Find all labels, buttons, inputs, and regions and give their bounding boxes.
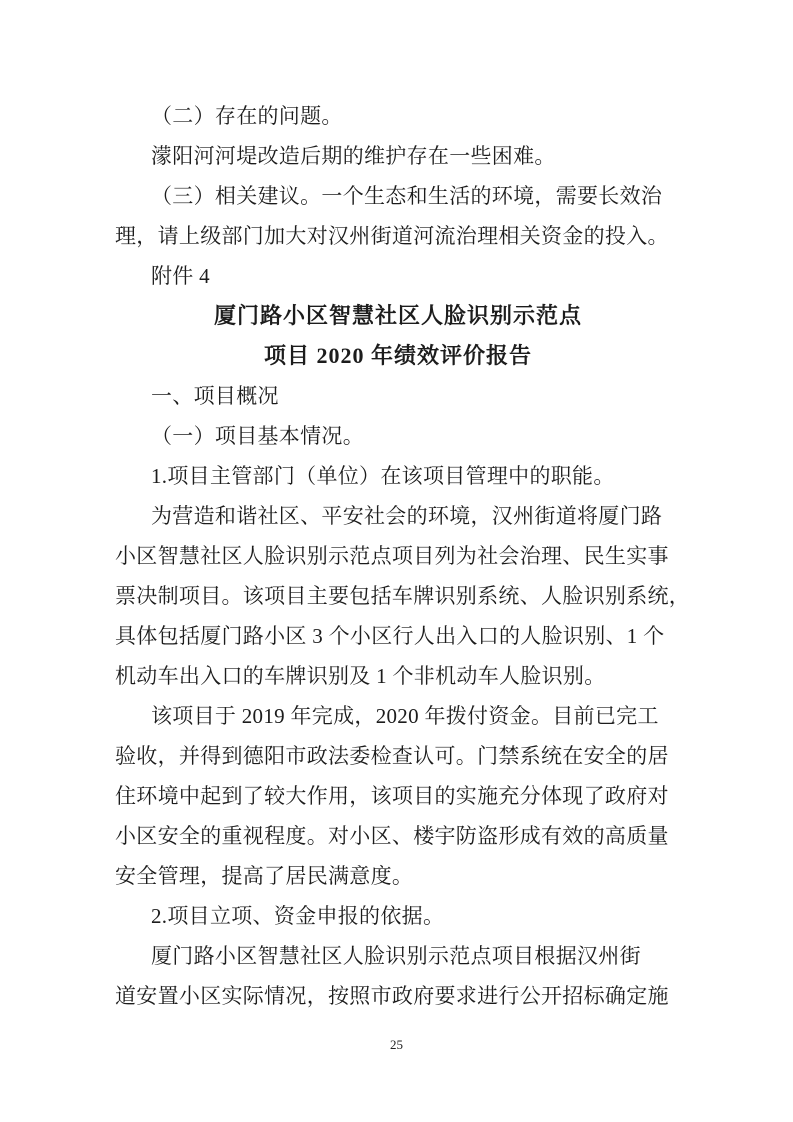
document-line: （一）项目基本情况。 bbox=[115, 416, 681, 456]
document-title-line: 厦门路小区智慧社区人脸识别示范点 bbox=[115, 296, 681, 336]
document-line: 一、项目概况 bbox=[115, 376, 681, 416]
document-content: （二）存在的问题。濛阳河河堤改造后期的维护存在一些困难。（三）相关建议。一个生态… bbox=[115, 96, 681, 1016]
document-line: 附件 4 bbox=[115, 256, 681, 296]
document-line: 厦门路小区智慧社区人脸识别示范点项目根据汉州街 bbox=[115, 936, 681, 976]
document-page: （二）存在的问题。濛阳河河堤改造后期的维护存在一些困难。（三）相关建议。一个生态… bbox=[0, 0, 793, 1122]
document-line: 1.项目主管部门（单位）在该项目管理中的职能。 bbox=[115, 456, 681, 496]
document-line: 2.项目立项、资金申报的依据。 bbox=[115, 896, 681, 936]
document-line: 验收，并得到德阳市政法委检查认可。门禁系统在安全的居 bbox=[115, 736, 681, 776]
document-line: 安全管理，提高了居民满意度。 bbox=[115, 856, 681, 896]
document-line: （三）相关建议。一个生态和生活的环境，需要长效治 bbox=[115, 176, 681, 216]
document-line: 小区安全的重视程度。对小区、楼宇防盗形成有效的高质量 bbox=[115, 816, 681, 856]
document-line: 道安置小区实际情况，按照市政府要求进行公开招标确定施 bbox=[115, 976, 681, 1016]
document-line: 濛阳河河堤改造后期的维护存在一些困难。 bbox=[115, 136, 681, 176]
document-line: 理，请上级部门加大对汉州街道河流治理相关资金的投入。 bbox=[115, 216, 681, 256]
document-line: 具体包括厦门路小区 3 个小区行人出入口的人脸识别、1 个 bbox=[115, 616, 681, 656]
document-title-line: 项目 2020 年绩效评价报告 bbox=[115, 336, 681, 376]
document-line: 住环境中起到了较大作用，该项目的实施充分体现了政府对 bbox=[115, 776, 681, 816]
document-line: 小区智慧社区人脸识别示范点项目列为社会治理、民生实事 bbox=[115, 536, 681, 576]
document-line: 该项目于 2019 年完成，2020 年拨付资金。目前已完工 bbox=[115, 696, 681, 736]
document-line: 票决制项目。该项目主要包括车牌识别系统、人脸识别系统， bbox=[115, 576, 681, 616]
document-line: 机动车出入口的车牌识别及 1 个非机动车人脸识别。 bbox=[115, 656, 681, 696]
document-line: （二）存在的问题。 bbox=[115, 96, 681, 136]
document-line: 为营造和谐社区、平安社会的环境，汉州街道将厦门路 bbox=[115, 496, 681, 536]
page-number: 25 bbox=[0, 1036, 793, 1054]
